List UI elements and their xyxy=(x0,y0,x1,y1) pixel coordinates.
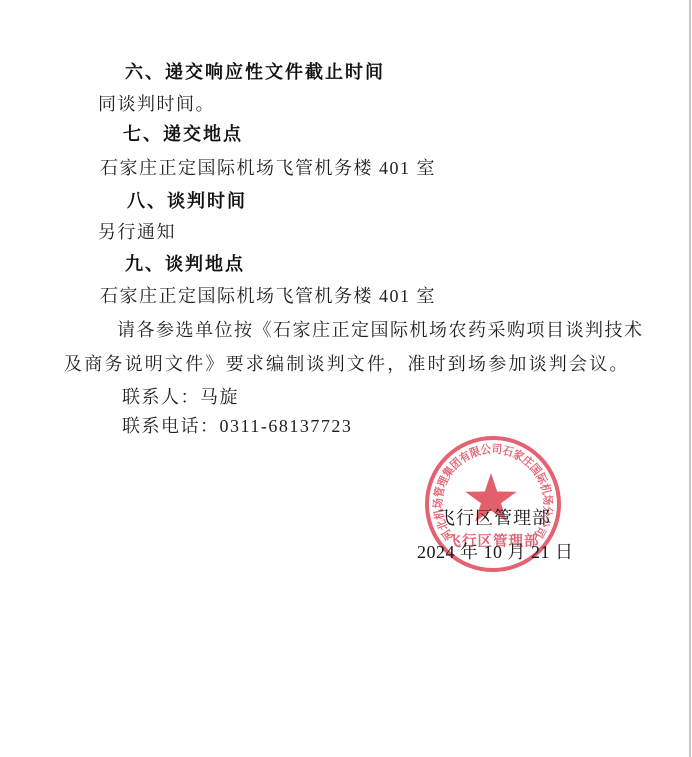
section-heading-8: 八、谈判时间 xyxy=(127,187,247,213)
contact-person-line: 联系人：马旋 xyxy=(122,383,239,409)
document-page: 六、递交响应性文件截止时间 同谈判时间。 七、递交地点 石家庄正定国际机场飞管机… xyxy=(0,0,692,757)
body-line-submit-location: 石家庄正定国际机场飞管机务楼 401 室 xyxy=(100,154,436,180)
section-heading-7: 七、递交地点 xyxy=(123,120,243,146)
body-line-deadline: 同谈判时间。 xyxy=(98,90,215,116)
paragraph-line-2: 及商务说明文件》要求编制谈判文件，准时到场参加谈判会议。 xyxy=(64,350,630,376)
contact-phone-line: 联系电话：0311-68137723 xyxy=(122,412,352,438)
signature-date: 2024 年 10 月 21 日 xyxy=(417,538,574,564)
section-heading-9: 九、谈判地点 xyxy=(125,250,245,276)
page-edge-line xyxy=(689,0,691,757)
section-heading-6: 六、递交响应性文件截止时间 xyxy=(125,58,385,84)
signature-department: 飞行区管理部 xyxy=(437,504,551,530)
paragraph-line-1: 请各参选单位按《石家庄正定国际机场农药采购项目谈判技术 xyxy=(117,316,644,342)
body-line-negotiation-location: 石家庄正定国际机场飞管机务楼 401 室 xyxy=(100,282,436,308)
body-line-negotiation-time: 另行通知 xyxy=(98,218,176,244)
